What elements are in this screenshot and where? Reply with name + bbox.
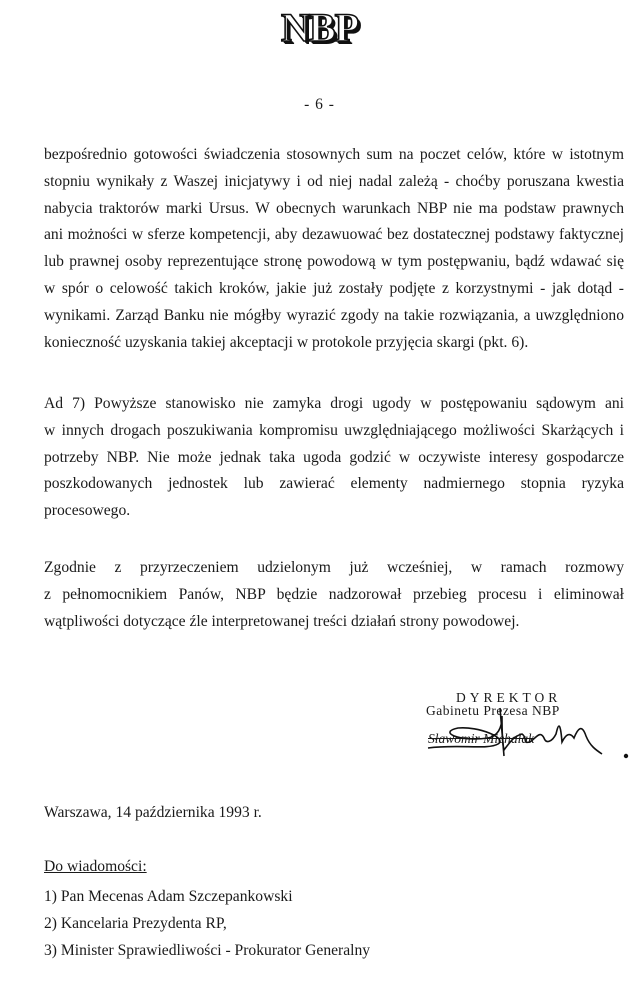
text-line: wątpliwości dotyczące źle interpretowane… — [44, 609, 624, 636]
cc-recipient: 1) Pan Mecenas Adam Szczepankowski — [44, 884, 370, 911]
cc-recipient: 3) Minister Sprawiedliwości - Prokurator… — [44, 938, 370, 965]
text-line: lub prawnej osoby reprezentujące stronę … — [44, 249, 624, 276]
place-and-date: Warszawa, 14 października 1993 r. — [44, 804, 262, 822]
signature-block: DYREKTOR Gabinetu Prezesa NBP Sławomir M… — [426, 690, 626, 765]
text-line: Ad 7) Powyższe stanowisko nie zamyka dro… — [44, 391, 624, 418]
text-line: w innych drogach poszukiwania kompromisu… — [44, 418, 624, 445]
text-line: bezpośrednio gotowości świadczenia stoso… — [44, 142, 624, 169]
paragraph-2: Ad 7) Powyższe stanowisko nie zamyka dro… — [44, 391, 624, 525]
text-line: Zgodnie z przyrzeczeniem udzielonym już … — [44, 555, 624, 582]
page-number: - 6 - — [0, 96, 639, 114]
text-line: procesowego. — [44, 498, 624, 525]
handwritten-signature-icon — [418, 698, 633, 768]
cc-heading: Do wiadomości: — [44, 858, 147, 876]
paragraph-3: Zgodnie z przyrzeczeniem udzielonym już … — [44, 555, 624, 635]
text-line: stopniu wynikały z Waszej inicjatywy i o… — [44, 169, 624, 196]
cc-recipient: 2) Kancelaria Prezydenta RP, — [44, 911, 370, 938]
text-line: poszkodowanych jednostek lub zawierać el… — [44, 471, 624, 498]
cc-recipient-list: 1) Pan Mecenas Adam Szczepankowski 2) Ka… — [44, 884, 370, 964]
text-line: wynikami. Zarząd Banku nie mógłby wyrazi… — [44, 303, 624, 330]
text-line: w spór o celowość takich kroków, jakie j… — [44, 276, 624, 303]
text-line: nabycia traktorów marki Ursus. W obecnyc… — [44, 196, 624, 223]
text-line: ani możności w sferze kompetencji, aby d… — [44, 222, 624, 249]
text-line: konieczność uzyskania takiej akceptacji … — [44, 330, 624, 357]
nbp-logo: NBP — [0, 6, 639, 50]
text-line: z pełnomocnikiem Panów, NBP będzie nadzo… — [44, 582, 624, 609]
text-line: potrzeby NBP. Nie może jednak taka ugoda… — [44, 445, 624, 472]
paragraph-1: bezpośrednio gotowości świadczenia stoso… — [44, 142, 624, 356]
